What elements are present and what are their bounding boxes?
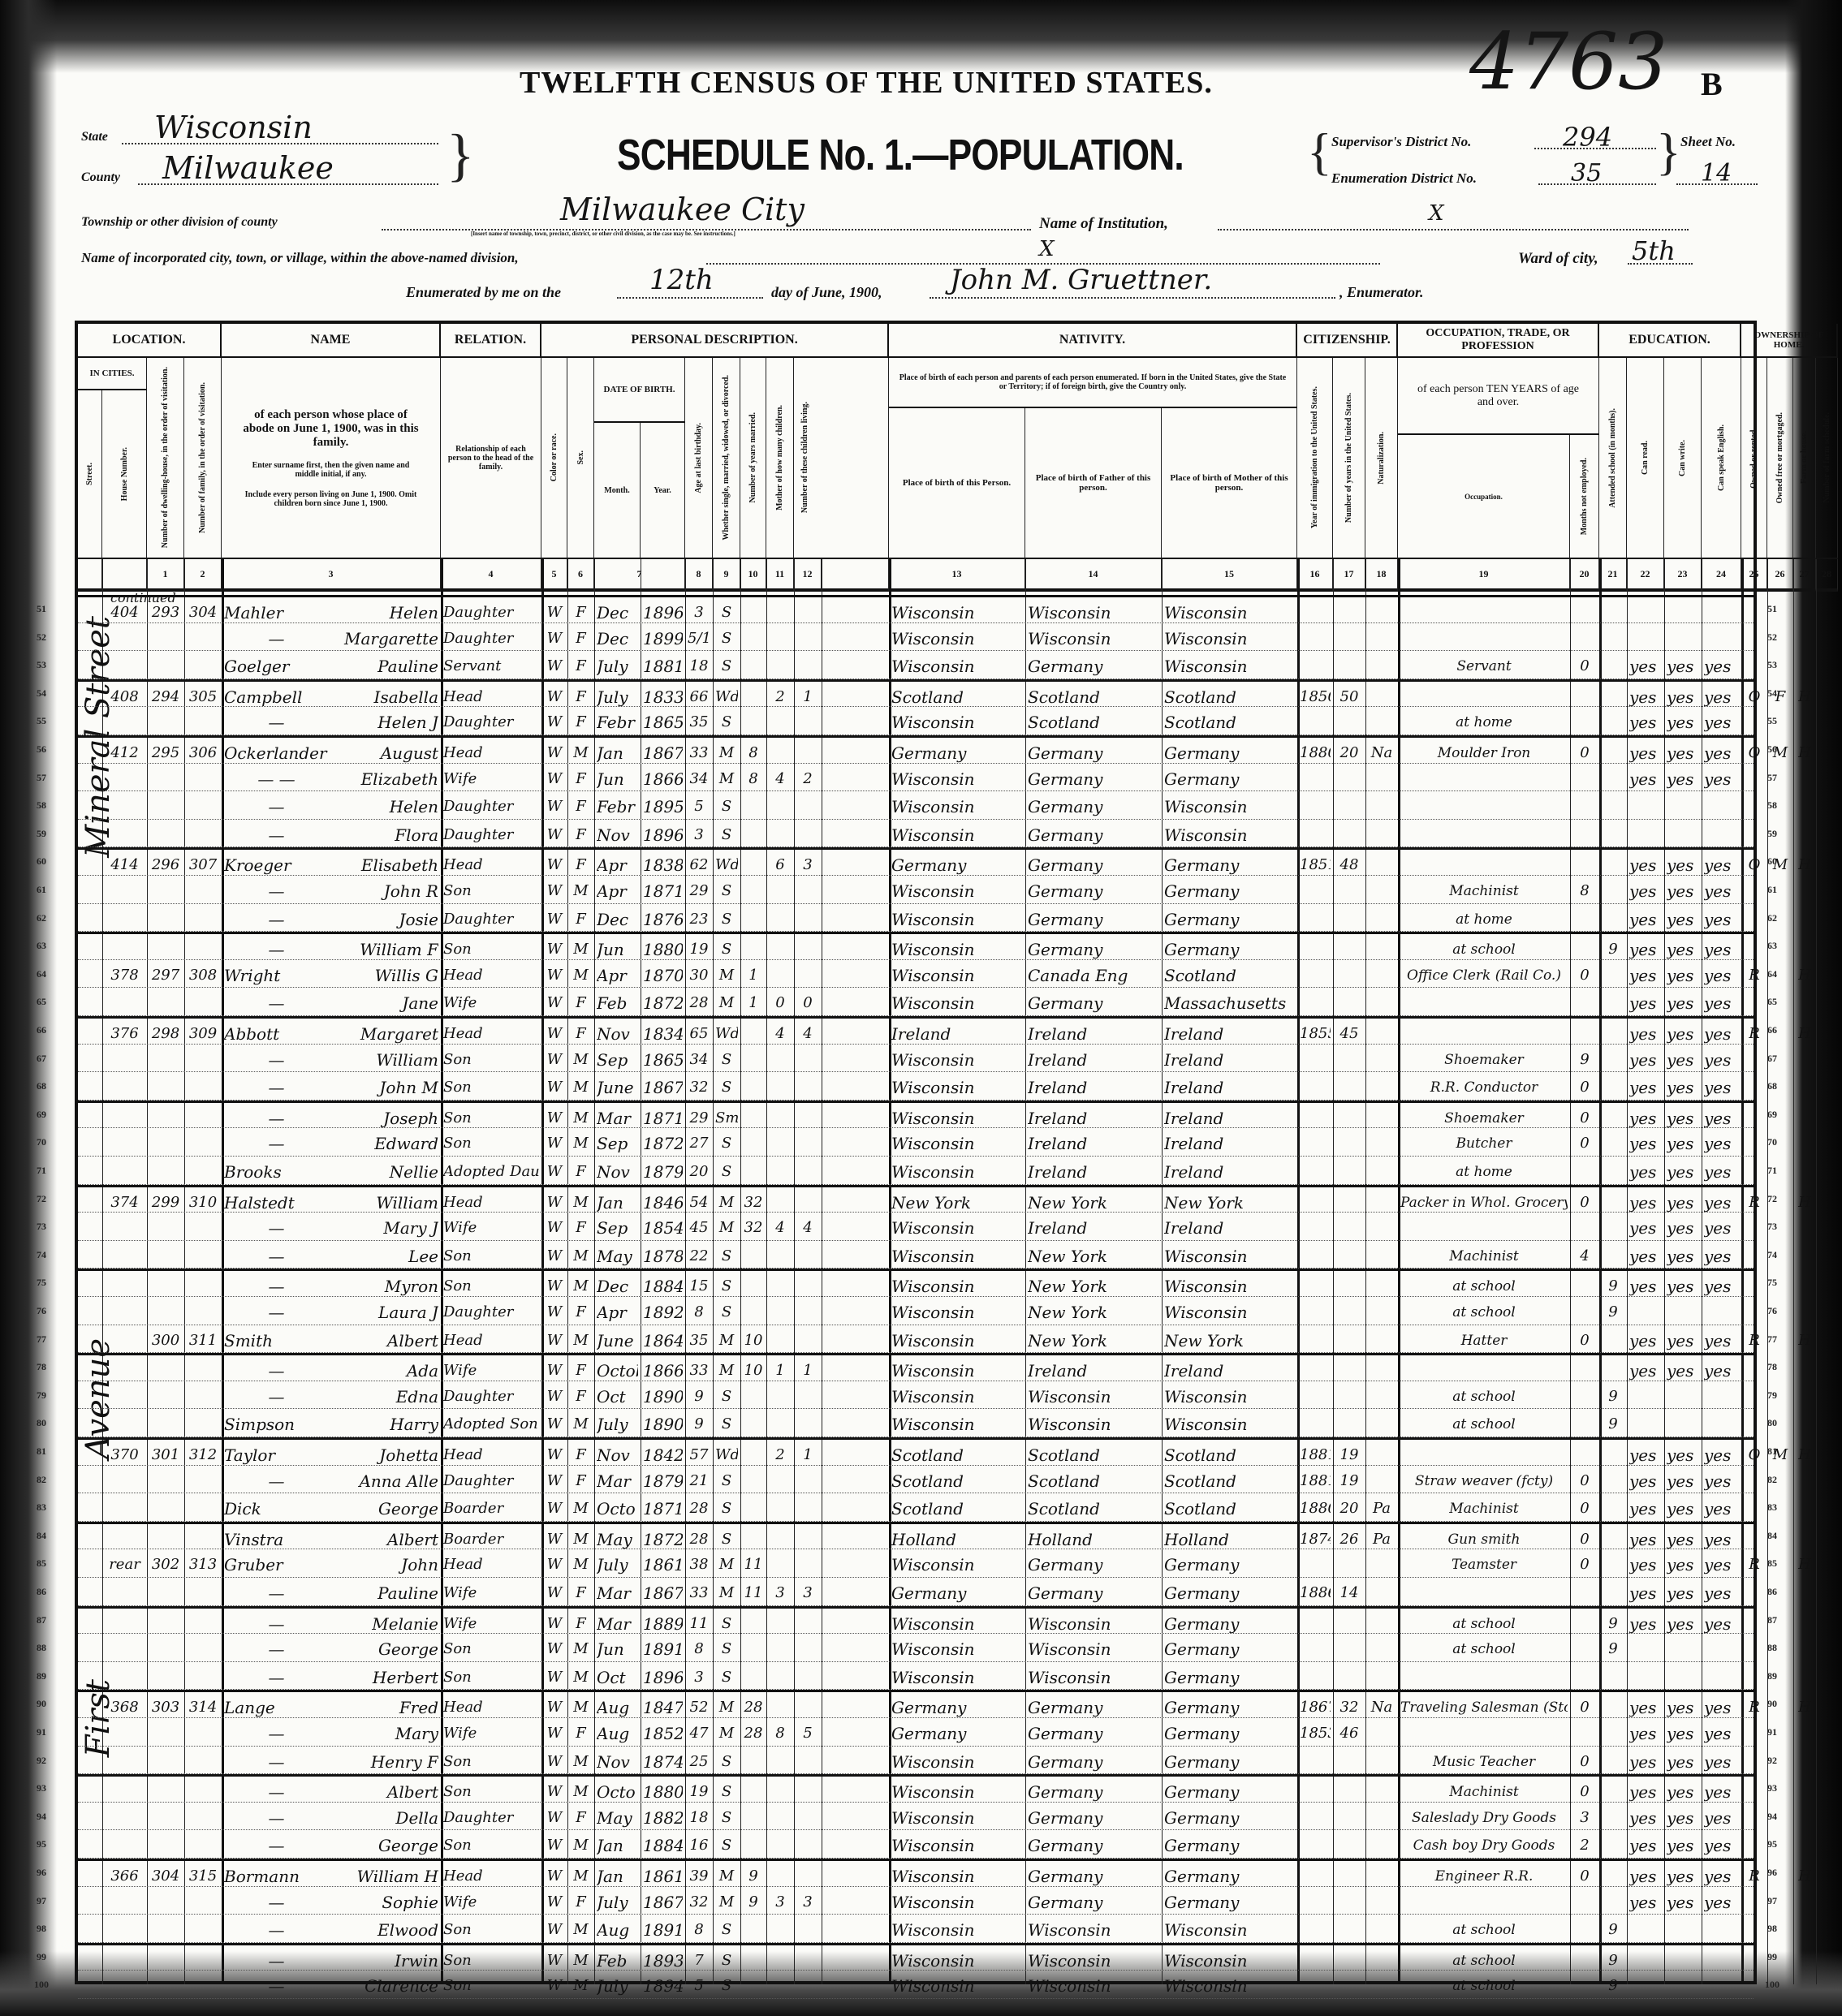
cell-color: W xyxy=(544,820,565,848)
table-row: —Helen JDaughterWFFebr186535SWisconsinSc… xyxy=(78,707,1754,735)
cell-write: yes xyxy=(1667,1440,1699,1468)
cell-surname: — xyxy=(224,1578,329,1606)
line-number-left: 82 xyxy=(29,1474,54,1486)
cell-given: Helen J xyxy=(334,707,438,735)
cell-house xyxy=(105,1072,145,1101)
cell-english: yes xyxy=(1704,682,1739,710)
cell-color: W xyxy=(544,1213,565,1241)
table-row: —GeorgeSonWMJun18918SWisconsinWisconsinG… xyxy=(78,1634,1754,1662)
line-number-left: 55 xyxy=(29,715,54,727)
cell-year: 1833 xyxy=(643,682,683,710)
cell-living xyxy=(796,1803,819,1831)
cell-nat xyxy=(1368,820,1396,848)
cell-yrs-us xyxy=(1335,1971,1363,1999)
cell-farm xyxy=(1796,1634,1814,1662)
cell-dwelling xyxy=(149,623,182,652)
cell-given: Irwin xyxy=(334,1945,438,1974)
cell-occupation: Traveling Salesman (Stove) xyxy=(1400,1692,1568,1721)
cell-read: yes xyxy=(1629,764,1662,792)
cell-nat xyxy=(1368,651,1396,679)
cell-month: Oct xyxy=(597,1381,638,1410)
cell-surname: Lange xyxy=(224,1692,329,1721)
cell-sex: M xyxy=(570,1861,592,1889)
cell-nat xyxy=(1368,1945,1396,1974)
cell-read: yes xyxy=(1629,1157,1662,1185)
line-number-right: 88 xyxy=(1760,1642,1784,1654)
cell-nat xyxy=(1368,1466,1396,1494)
cell-family: 307 xyxy=(187,850,219,878)
cell-sex: M xyxy=(570,1830,592,1859)
cell-nat xyxy=(1368,1549,1396,1578)
cell-yrs-us xyxy=(1335,1355,1363,1384)
line-number-left: 91 xyxy=(29,1726,54,1738)
cell-english: yes xyxy=(1704,1578,1739,1606)
cell-relation: Head xyxy=(443,1549,539,1578)
cell-yrs-married xyxy=(743,1045,764,1073)
cell-month: Nov xyxy=(597,1157,638,1185)
cell-given: Della xyxy=(334,1803,438,1831)
cell-surname: — xyxy=(224,1830,329,1859)
cell-english: yes xyxy=(1704,707,1739,735)
cell-yrs-married xyxy=(743,1609,764,1637)
cell-mother-of xyxy=(769,876,792,904)
cell-yrs-us: 20 xyxy=(1335,1493,1363,1522)
cell-father-birth: Wisconsin xyxy=(1028,623,1159,652)
cell-house xyxy=(105,1493,145,1522)
cell-surname: Campbell xyxy=(224,682,329,710)
cell-sex: F xyxy=(570,820,592,848)
table-row: —HerbertSonWMOct18963SWisconsinWisconsin… xyxy=(78,1662,1754,1691)
cell-farm: H xyxy=(1796,850,1814,878)
cell-english xyxy=(1704,1945,1739,1974)
cell-house xyxy=(105,1045,145,1073)
cell-father-birth: Scotland xyxy=(1028,1493,1159,1522)
line-number-left: 70 xyxy=(29,1136,54,1148)
cell-school xyxy=(1602,820,1624,848)
cell-mother-birth: Wisconsin xyxy=(1164,1271,1295,1299)
cell-year: 1861 xyxy=(643,1549,683,1578)
cell-mother-of xyxy=(769,1297,792,1325)
cell-given: Elisabeth xyxy=(334,850,438,878)
cell-relation: Son xyxy=(443,1241,539,1269)
cell-birth: Scotland xyxy=(891,1466,1023,1494)
line-number-left: 58 xyxy=(29,799,54,812)
cell-mother-of xyxy=(769,1747,792,1775)
line-number-right: 97 xyxy=(1760,1895,1784,1907)
cell-farm xyxy=(1796,1213,1814,1241)
cell-marital: S xyxy=(715,1803,738,1831)
cell-birth: Wisconsin xyxy=(891,764,1023,792)
enumerated-day-line xyxy=(617,297,763,299)
cell-english: yes xyxy=(1704,1213,1739,1241)
cell-unemployed: 0 xyxy=(1572,1524,1597,1553)
cell-occupation: Saleslady Dry Goods xyxy=(1400,1803,1568,1831)
cell-year: 1872 xyxy=(643,988,683,1016)
cell-marital: M xyxy=(715,988,738,1016)
cell-english: yes xyxy=(1704,876,1739,904)
cell-immig xyxy=(1300,1747,1331,1775)
cell-sex: M xyxy=(570,1662,592,1691)
cell-surname: — xyxy=(224,1945,329,1974)
cell-dwelling: 299 xyxy=(149,1187,182,1216)
cell-read: yes xyxy=(1629,1019,1662,1047)
cell-color: W xyxy=(544,1045,565,1073)
cell-living xyxy=(796,1157,819,1185)
cell-age: 15 xyxy=(688,1271,710,1299)
cell-read: yes xyxy=(1629,1187,1662,1216)
cell-house xyxy=(105,707,145,735)
cell-mother-birth: Wisconsin xyxy=(1164,597,1295,626)
cell-write xyxy=(1667,1915,1699,1943)
line-number-right: 68 xyxy=(1760,1080,1784,1092)
line-number-left: 95 xyxy=(29,1838,54,1850)
cell-living xyxy=(796,1072,819,1101)
cell-farm xyxy=(1796,1355,1814,1384)
cell-house xyxy=(105,1578,145,1606)
line-number-right: 78 xyxy=(1760,1361,1784,1373)
line-number-left: 60 xyxy=(29,855,54,868)
cell-farm: H xyxy=(1796,738,1814,766)
cell-yrs-us xyxy=(1335,1103,1363,1131)
line-number-right: 91 xyxy=(1760,1726,1784,1738)
cell-sex: F xyxy=(570,597,592,626)
cell-yrs-us xyxy=(1335,651,1363,679)
cell-write: yes xyxy=(1667,1128,1699,1157)
cell-dwelling xyxy=(149,764,182,792)
cell-marital: S xyxy=(715,1157,738,1185)
cell-relation: Wife xyxy=(443,1578,539,1606)
cell-birth: Wisconsin xyxy=(891,960,1023,989)
cell-surname: — xyxy=(224,1971,329,1999)
cell-house: 374 xyxy=(105,1187,145,1216)
table-row: VinstraAlbertBoarderWMMay187228SHollandH… xyxy=(78,1522,1754,1550)
cell-school xyxy=(1602,1072,1624,1101)
header-birth-person: Place of birth of this Person. xyxy=(889,408,1025,559)
cell-yrs-us: 48 xyxy=(1335,850,1363,878)
cell-given: Henry F xyxy=(334,1747,438,1775)
sheet-number: 14 xyxy=(1701,159,1732,187)
cell-dwelling: 295 xyxy=(149,738,182,766)
cell-school xyxy=(1602,597,1624,626)
cell-marital: S xyxy=(715,820,738,848)
cell-sex: M xyxy=(570,1241,592,1269)
line-number-right: 85 xyxy=(1760,1557,1784,1570)
cell-surname: — xyxy=(224,1777,329,1805)
cell-sex: M xyxy=(570,1325,592,1354)
cell-year: 1879 xyxy=(643,1466,683,1494)
cell-mother-of: 1 xyxy=(769,1355,792,1384)
line-number-right: 76 xyxy=(1760,1305,1784,1317)
cell-month: July xyxy=(597,1971,638,1999)
township-note: [Insert name of township, town, precinct… xyxy=(471,230,736,237)
cell-immig xyxy=(1300,904,1331,933)
cell-age: 22 xyxy=(688,1241,710,1269)
cell-year: 1872 xyxy=(643,1524,683,1553)
cell-yrs-us: 46 xyxy=(1335,1718,1363,1747)
cell-read: yes xyxy=(1629,1355,1662,1384)
cell-relation: Son xyxy=(443,1045,539,1073)
cell-color: W xyxy=(544,1915,565,1943)
cell-immig: 1880 xyxy=(1300,738,1331,766)
header-house-number: House Number. xyxy=(102,390,147,559)
cell-occupation: Engineer R.R. xyxy=(1400,1861,1568,1889)
cell-sex: F xyxy=(570,1578,592,1606)
cell-english xyxy=(1704,1381,1739,1410)
cell-school xyxy=(1602,1241,1624,1269)
cell-sex: F xyxy=(570,1440,592,1468)
cell-school xyxy=(1602,623,1624,652)
cell-mother-birth: Germany xyxy=(1164,1747,1295,1775)
cell-mother-of: 3 xyxy=(769,1578,792,1606)
cell-sex: M xyxy=(570,738,592,766)
cell-unemployed xyxy=(1572,820,1597,848)
line-number-right: 69 xyxy=(1760,1109,1784,1121)
cell-english: yes xyxy=(1704,904,1739,933)
cell-mother-of: 4 xyxy=(769,1213,792,1241)
column-number-cell: 28 xyxy=(1816,559,1838,592)
cell-sex: F xyxy=(570,850,592,878)
line-number-right: 71 xyxy=(1760,1165,1784,1177)
cell-school xyxy=(1602,1830,1624,1859)
cell-father-birth: Germany xyxy=(1028,1578,1159,1606)
cell-read: yes xyxy=(1629,1887,1662,1915)
column-number-cell: 15 xyxy=(1162,559,1297,592)
header-immigration-year: Year of immigration to the United States… xyxy=(1297,358,1333,559)
cell-surname: — xyxy=(224,1634,329,1662)
cell-surname: Taylor xyxy=(224,1440,329,1468)
cell-english: yes xyxy=(1704,1355,1739,1384)
cell-color: W xyxy=(544,934,565,963)
cell-family xyxy=(187,1945,219,1974)
cell-age: 5 xyxy=(688,1971,710,1999)
cell-year: 1896 xyxy=(643,820,683,848)
line-number-right: 87 xyxy=(1760,1614,1784,1626)
cell-birth: Wisconsin xyxy=(891,1103,1023,1131)
cell-father-birth: Wisconsin xyxy=(1028,1915,1159,1943)
cell-age: 66 xyxy=(688,682,710,710)
cell-living xyxy=(796,1830,819,1859)
cell-month: Aug xyxy=(597,1718,638,1747)
cell-nat xyxy=(1368,1609,1396,1637)
cell-write: yes xyxy=(1667,1271,1699,1299)
cell-yrs-married: 10 xyxy=(743,1325,764,1354)
cell-month: Dec xyxy=(597,597,638,626)
cell-birth: Wisconsin xyxy=(891,1271,1023,1299)
cell-surname: Bormann xyxy=(224,1861,329,1889)
cell-english xyxy=(1704,1634,1739,1662)
cell-surname: — xyxy=(224,904,329,933)
cell-mother-birth: New York xyxy=(1164,1325,1295,1354)
cell-house: 368 xyxy=(105,1692,145,1721)
cell-relation: Son xyxy=(443,1271,539,1299)
cell-yrs-us xyxy=(1335,1045,1363,1073)
cell-occupation xyxy=(1400,1718,1568,1747)
cell-color: W xyxy=(544,1887,565,1915)
cell-family xyxy=(187,1381,219,1410)
cell-house xyxy=(105,1128,145,1157)
cell-unemployed xyxy=(1572,1718,1597,1747)
cell-year: 1865 xyxy=(643,1045,683,1073)
institution-label: Name of Institution, xyxy=(1039,215,1168,233)
cell-house xyxy=(105,934,145,963)
cell-sex: F xyxy=(570,1213,592,1241)
cell-color: W xyxy=(544,738,565,766)
cell-farm xyxy=(1796,1915,1814,1943)
cell-family xyxy=(187,1409,219,1437)
cell-given: Clarence xyxy=(334,1971,438,1999)
cell-immig xyxy=(1300,764,1331,792)
cell-occupation: Shoemaker xyxy=(1400,1045,1568,1073)
cell-mother-birth: Germany xyxy=(1164,904,1295,933)
line-number-left: 97 xyxy=(29,1895,54,1907)
cell-school xyxy=(1602,1692,1624,1721)
cell-house: 412 xyxy=(105,738,145,766)
cell-year: 1889 xyxy=(643,1609,683,1637)
cell-occupation: Teamster xyxy=(1400,1549,1568,1578)
cell-sex: M xyxy=(570,876,592,904)
cell-father-birth: Scotland xyxy=(1028,1440,1159,1468)
cell-year: 1867 xyxy=(643,1887,683,1915)
cell-nat xyxy=(1368,597,1396,626)
cell-year: 1861 xyxy=(643,1861,683,1889)
header-name-desc: of each person whose place of abode on J… xyxy=(222,358,441,559)
cell-birth: Wisconsin xyxy=(891,1128,1023,1157)
cell-immig: 1867 xyxy=(1300,1692,1331,1721)
cell-month: Apr xyxy=(597,850,638,878)
cell-occupation xyxy=(1400,682,1568,710)
table-row: 374299310HalstedtWilliamHeadWMJan184654M… xyxy=(78,1185,1754,1213)
cell-birth: Wisconsin xyxy=(891,1662,1023,1691)
cell-english: yes xyxy=(1704,651,1739,679)
cell-year: 1880 xyxy=(643,1777,683,1805)
table-row: —AlbertSonWMOcto188019SWisconsinGermanyG… xyxy=(78,1774,1754,1803)
district-brace-left: { xyxy=(1307,122,1332,182)
column-number-cell: 19 xyxy=(1398,559,1570,592)
cell-living: 3 xyxy=(796,1887,819,1915)
cell-year: 1865 xyxy=(643,707,683,735)
cell-english: yes xyxy=(1704,1128,1739,1157)
cell-unemployed: 0 xyxy=(1572,1747,1597,1775)
enumerator-line xyxy=(930,297,1335,299)
cell-farm xyxy=(1796,1747,1814,1775)
cell-month: May xyxy=(597,1241,638,1269)
cell-english: yes xyxy=(1704,1103,1739,1131)
cell-surname: — xyxy=(224,820,329,848)
cell-surname: Wright xyxy=(224,960,329,989)
column-number-cell: 22 xyxy=(1627,559,1664,592)
cell-unemployed: 0 xyxy=(1572,738,1597,766)
cell-english: yes xyxy=(1704,1271,1739,1299)
cell-dwelling xyxy=(149,1718,182,1747)
cell-birth: Wisconsin xyxy=(891,1325,1023,1354)
line-number-right: 83 xyxy=(1760,1501,1784,1514)
cell-surname: — xyxy=(224,1297,329,1325)
cell-mother-birth: Germany xyxy=(1164,1692,1295,1721)
cell-school: 9 xyxy=(1602,1634,1624,1662)
cell-dwelling xyxy=(149,1578,182,1606)
enumerated-month-label: day of June, 1900, xyxy=(771,284,882,301)
cell-sex: F xyxy=(570,1019,592,1047)
cell-birth: Wisconsin xyxy=(891,1045,1023,1073)
cell-unemployed xyxy=(1572,850,1597,878)
cell-mother-birth: Germany xyxy=(1164,1777,1295,1805)
cell-mother-of xyxy=(769,1692,792,1721)
cell-living: 4 xyxy=(796,1019,819,1047)
cell-school: 9 xyxy=(1602,1381,1624,1410)
header-can-write: Can write. xyxy=(1664,358,1702,559)
table-row: —Mary JWifeWFSep185445M3244WisconsinIrel… xyxy=(78,1213,1754,1241)
cell-year: 1866 xyxy=(643,1355,683,1384)
cell-unemployed xyxy=(1572,1915,1597,1943)
cell-father-birth: Germany xyxy=(1028,1718,1159,1747)
cell-yrs-married xyxy=(743,904,764,933)
cell-month: Dec xyxy=(597,1271,638,1299)
cell-age: 33 xyxy=(688,1355,710,1384)
cell-immig xyxy=(1300,1128,1331,1157)
cell-yrs-married xyxy=(743,682,764,710)
header-occupation: Occupation. xyxy=(1398,435,1570,559)
cell-year: 1884 xyxy=(643,1271,683,1299)
cell-house: 366 xyxy=(105,1861,145,1889)
line-number-left: 72 xyxy=(29,1193,54,1205)
cell-father-birth: Germany xyxy=(1028,850,1159,878)
cell-english: yes xyxy=(1704,1466,1739,1494)
cell-marital: M xyxy=(715,1549,738,1578)
cell-school xyxy=(1602,1045,1624,1073)
cell-yrs-us xyxy=(1335,1634,1363,1662)
cell-yrs-married xyxy=(743,707,764,735)
cell-yrs-married: 8 xyxy=(743,738,764,766)
incorporated-value: X xyxy=(1039,237,1055,261)
cell-mother-of xyxy=(769,1971,792,1999)
cell-nat xyxy=(1368,1103,1396,1131)
cell-given: John M xyxy=(334,1072,438,1101)
cell-age: 29 xyxy=(688,1103,710,1131)
cell-family: 313 xyxy=(187,1549,219,1578)
cell-year: 1867 xyxy=(643,738,683,766)
cell-unemployed: 0 xyxy=(1572,1466,1597,1494)
cell-marital: S xyxy=(715,1297,738,1325)
cell-unemployed xyxy=(1572,1634,1597,1662)
cell-living xyxy=(796,1409,819,1437)
cell-house xyxy=(105,1157,145,1185)
cell-color: W xyxy=(544,1718,565,1747)
cell-living xyxy=(796,623,819,652)
cell-dwelling xyxy=(149,1381,182,1410)
column-number-cell: 10 xyxy=(740,559,766,592)
cell-dwelling xyxy=(149,1887,182,1915)
cell-living xyxy=(796,1971,819,1999)
cell-age: 33 xyxy=(688,738,710,766)
cell-unemployed xyxy=(1572,1271,1597,1299)
cell-write: yes xyxy=(1667,1830,1699,1859)
cell-english: yes xyxy=(1704,1692,1739,1721)
cell-given: Albert xyxy=(334,1524,438,1553)
cell-month: Nov xyxy=(597,1019,638,1047)
cell-immig xyxy=(1300,1662,1331,1691)
cell-marital: S xyxy=(715,1128,738,1157)
cell-year: 1842 xyxy=(643,1440,683,1468)
cell-unemployed xyxy=(1572,988,1597,1016)
cell-nat xyxy=(1368,876,1396,904)
brace: } xyxy=(446,122,475,189)
cell-farm xyxy=(1796,904,1814,933)
cell-family: 308 xyxy=(187,960,219,989)
cell-english xyxy=(1704,623,1739,652)
cell-age: 9 xyxy=(688,1381,710,1410)
cell-house xyxy=(105,764,145,792)
cell-mother-birth: Scotland xyxy=(1164,960,1295,989)
